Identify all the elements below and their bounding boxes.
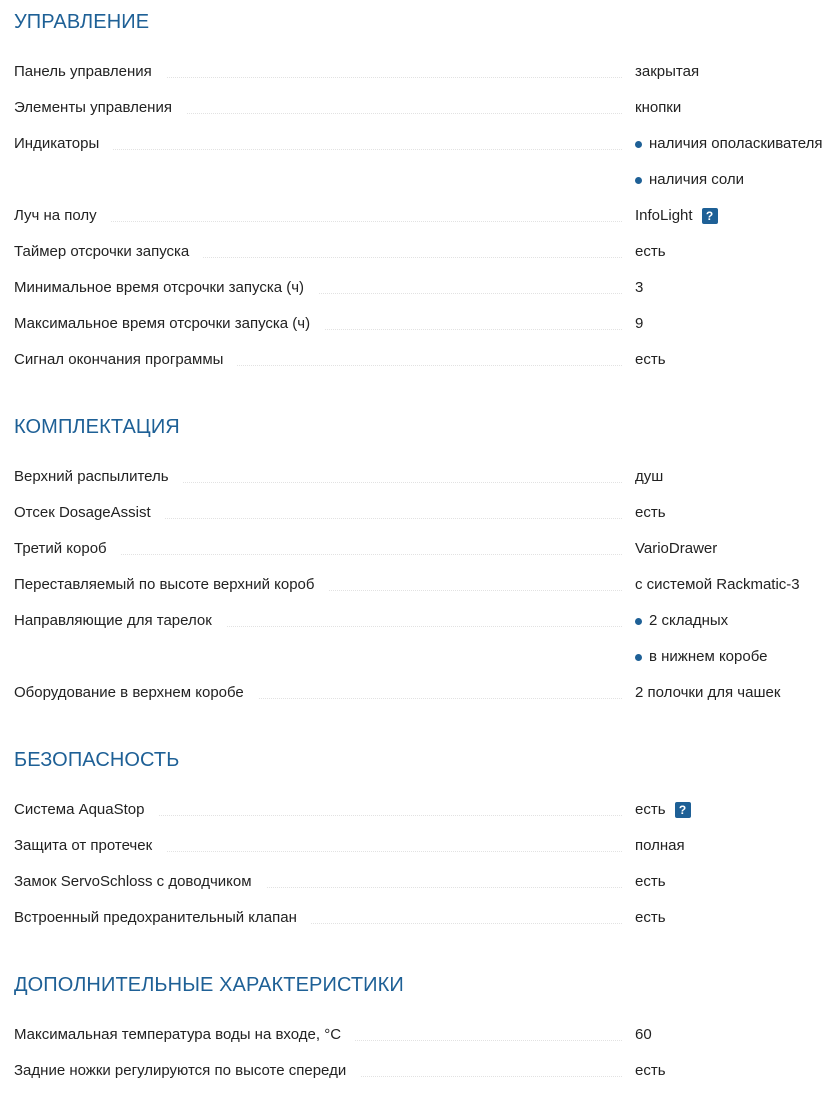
spec-value: есть	[635, 864, 666, 900]
spec-row: Сигнал окончания программыесть	[14, 342, 829, 378]
spec-row: Направляющие для тарелок2 складных	[14, 603, 829, 639]
section-title: ДОПОЛНИТЕЛЬНЫЕ ХАРАКТЕРИСТИКИ	[14, 974, 829, 996]
spec-value: есть	[635, 1053, 666, 1089]
spec-label: Индикаторы	[14, 126, 113, 162]
spec-label: Сигнал окончания программы	[14, 342, 237, 378]
spec-value: есть	[635, 495, 666, 531]
spec-value: наличия ополаскивателя	[635, 126, 823, 162]
spec-label: Третий короб	[14, 531, 121, 567]
spec-row: Замок ServoSchloss с доводчикоместь	[14, 864, 829, 900]
spec-row: Луч на полуInfoLight?	[14, 198, 829, 234]
spec-row: Верхний распылительдуш	[14, 459, 829, 495]
spec-label: Встроенный предохранительный клапан	[14, 900, 311, 936]
spec-value: есть	[635, 342, 666, 378]
spec-row: Задние ножки регулируются по высоте спер…	[14, 1053, 829, 1089]
spec-row: Третий коробVarioDrawer	[14, 531, 829, 567]
spec-value: есть?	[635, 792, 691, 828]
bullet-icon	[635, 141, 642, 148]
spec-label: Панель управления	[14, 54, 166, 90]
spec-value: есть	[635, 900, 666, 936]
help-icon[interactable]: ?	[675, 802, 691, 818]
spec-row: Минимальное время отсрочки запуска (ч)3	[14, 270, 829, 306]
spec-value: полная	[635, 828, 685, 864]
spec-row-continuation: в нижнем коробе	[14, 639, 829, 675]
spec-label: Минимальное время отсрочки запуска (ч)	[14, 270, 318, 306]
spec-row: Защита от протечекполная	[14, 828, 829, 864]
spec-value: закрытая	[635, 54, 699, 90]
spec-row: Максимальная температура воды на входе, …	[14, 1017, 829, 1053]
spec-row: Таймер отсрочки запускаесть	[14, 234, 829, 270]
spec-row: Отсек DosageAssistесть	[14, 495, 829, 531]
section-title: КОМПЛЕКТАЦИЯ	[14, 416, 829, 438]
spec-value: есть	[635, 234, 666, 270]
section-additional: ДОПОЛНИТЕЛЬНЫЕ ХАРАКТЕРИСТИКИ Максимальн…	[14, 974, 829, 996]
spec-row: Система AquaStopесть?	[14, 792, 829, 828]
spec-value: 2 полочки для чашек	[635, 675, 780, 711]
section-title: БЕЗОПАСНОСТЬ	[14, 749, 829, 771]
spec-label: Максимальное время отсрочки запуска (ч)	[14, 306, 324, 342]
spec-label: Элементы управления	[14, 90, 186, 126]
section-equipment: КОМПЛЕКТАЦИЯ Верхний распылительдуш Отсе…	[14, 416, 829, 438]
bullet-icon	[635, 618, 642, 625]
spec-label: Таймер отсрочки запуска	[14, 234, 203, 270]
spec-row-continuation: наличия соли	[14, 162, 829, 198]
section-controls: УПРАВЛЕНИЕ Панель управлениязакрытая Эле…	[14, 11, 829, 33]
spec-label: Замок ServoSchloss с доводчиком	[14, 864, 266, 900]
spec-value: 9	[635, 306, 643, 342]
spec-row: Индикаторыналичия ополаскивателя	[14, 126, 829, 162]
spec-value: 3	[635, 270, 643, 306]
spec-row: Встроенный предохранительный клапанесть	[14, 900, 829, 936]
spec-value: в нижнем коробе	[635, 639, 767, 675]
spec-label: Система AquaStop	[14, 792, 158, 828]
spec-value: 60	[635, 1017, 652, 1053]
spec-value: InfoLight?	[635, 198, 718, 234]
bullet-icon	[635, 654, 642, 661]
spec-label: Защита от протечек	[14, 828, 166, 864]
spec-value: душ	[635, 459, 663, 495]
spec-value: наличия соли	[635, 162, 744, 198]
spec-value: 2 складных	[635, 603, 728, 639]
help-icon[interactable]: ?	[702, 208, 718, 224]
spec-row: Переставляемый по высоте верхний коробс …	[14, 567, 829, 603]
spec-row: Максимальное время отсрочки запуска (ч)9	[14, 306, 829, 342]
section-title: УПРАВЛЕНИЕ	[14, 11, 829, 33]
spec-label: Максимальная температура воды на входе, …	[14, 1017, 355, 1053]
spec-row: Элементы управлениякнопки	[14, 90, 829, 126]
spec-label: Задние ножки регулируются по высоте спер…	[14, 1053, 360, 1089]
spec-label: Переставляемый по высоте верхний короб	[14, 567, 328, 603]
spec-value: кнопки	[635, 90, 681, 126]
section-safety: БЕЗОПАСНОСТЬ Система AquaStopесть? Защит…	[14, 749, 829, 771]
spec-value: VarioDrawer	[635, 531, 717, 567]
spec-label: Направляющие для тарелок	[14, 603, 226, 639]
bullet-icon	[635, 177, 642, 184]
spec-label: Отсек DosageAssist	[14, 495, 165, 531]
spec-value: с системой Rackmatic-3	[635, 567, 800, 603]
spec-label: Оборудование в верхнем коробе	[14, 675, 258, 711]
spec-row: Панель управлениязакрытая	[14, 54, 829, 90]
spec-row: Оборудование в верхнем коробе2 полочки д…	[14, 675, 829, 711]
spec-label: Верхний распылитель	[14, 459, 183, 495]
spec-label: Луч на полу	[14, 198, 111, 234]
